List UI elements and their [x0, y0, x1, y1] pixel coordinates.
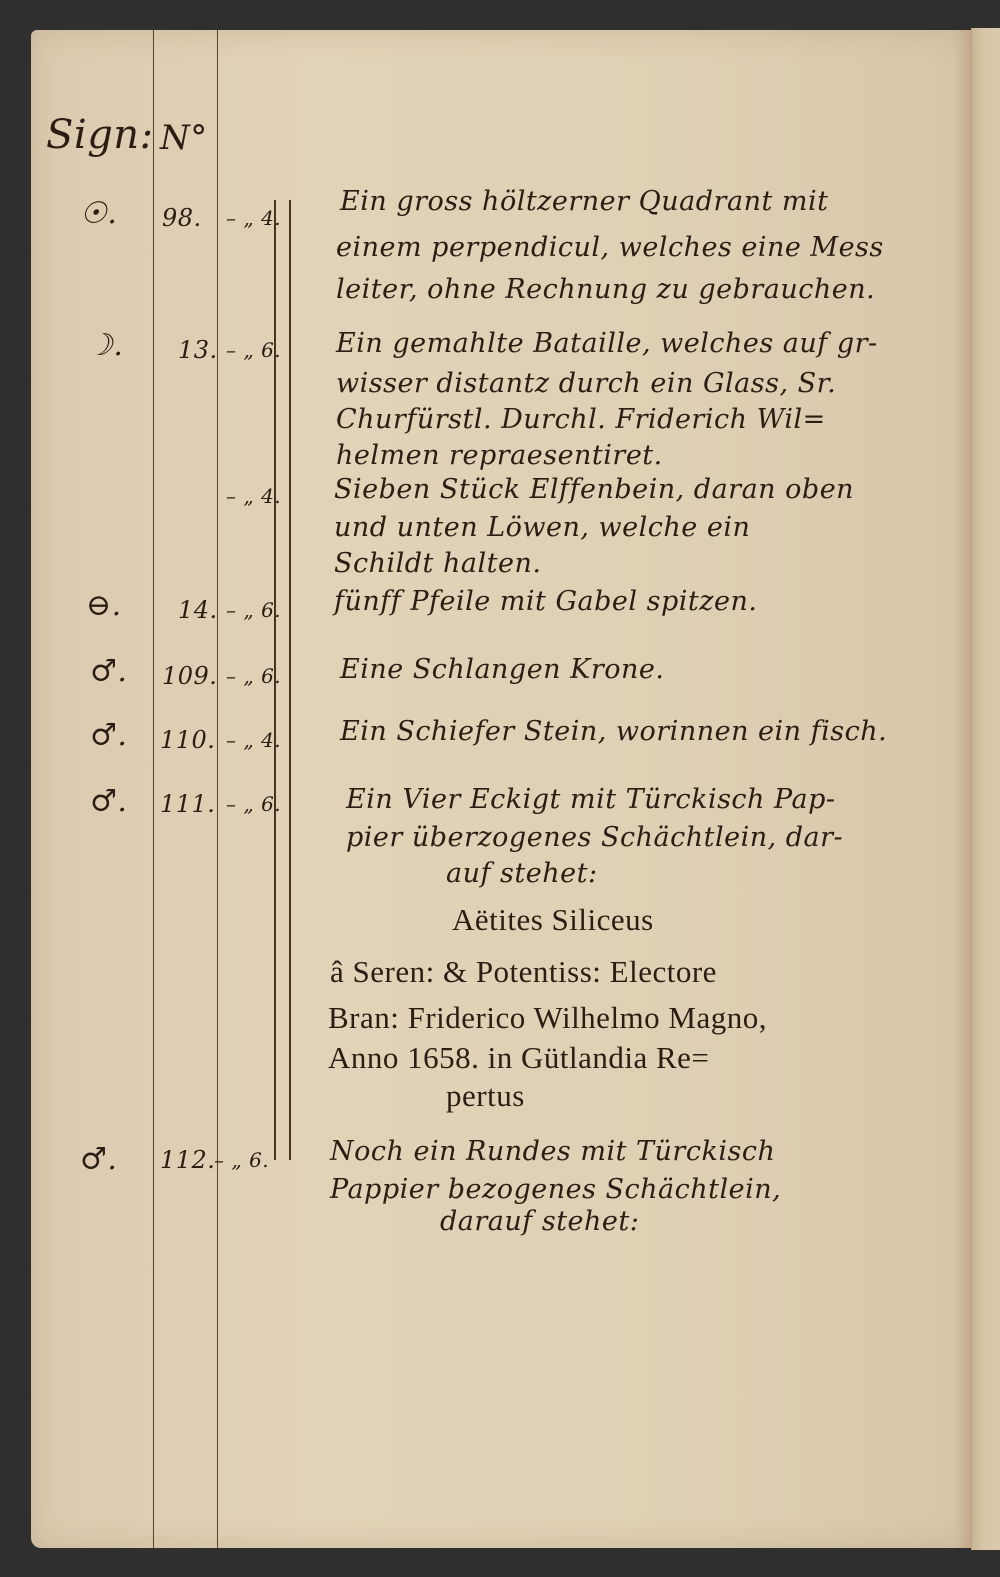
entry-price: – „ 6. [226, 338, 281, 362]
entry-text-line: Ein gemahlte Bataille, welches auf gr- [336, 328, 878, 359]
entry-text-line: Schildt halten. [334, 548, 541, 579]
entry-number: 112. [160, 1146, 215, 1174]
entry-text-line: leiter, ohne Rechnung zu gebrauchen. [336, 274, 875, 305]
next-page-edge [971, 28, 1000, 1550]
entry-text-line: wisser distantz durch ein Glass, Sr. [336, 368, 836, 399]
price-column-rule-right [289, 200, 291, 1160]
entry-text-line: helmen repraesentiret. [336, 440, 663, 471]
entry-text-line: Churfürstl. Durchl. Friderich Wil= [336, 404, 826, 435]
inscription-line: pertus [446, 1078, 525, 1114]
entry-text-line: und unten Löwen, welche ein [334, 512, 750, 543]
entry-price: – „ 4. [226, 728, 281, 752]
inscription-line: Aëtites Siliceus [452, 902, 654, 938]
entry-sign: ♂. [90, 718, 127, 753]
entry-sign: ☽. [86, 328, 123, 363]
entry-number: 109. [162, 662, 217, 690]
entry-sign: ♂. [80, 1142, 117, 1177]
page-spine-shadow [955, 30, 971, 1548]
entry-text-line: Ein Vier Eckigt mit Türckisch Pap- [346, 784, 836, 815]
entry-text-line: Pappier bezogenes Schächtlein, [330, 1174, 781, 1205]
entry-text-line: Ein gross höltzerner Quadrant mit [340, 186, 828, 217]
entry-number: 111. [160, 790, 215, 818]
entry-price: – „ 4. [226, 484, 281, 508]
header-sign: Sign: [46, 112, 154, 158]
entry-price: – „ 6. [214, 1148, 269, 1172]
entry-price: – „ 6. [226, 792, 281, 816]
inscription-line: Anno 1658. in Gütlandia Re= [328, 1040, 709, 1076]
entry-text-line: einem perpendicul, welches eine Mess [336, 232, 884, 263]
entry-sign: ☉. [80, 196, 117, 231]
entry-text-line: Noch ein Rundes mit Türckisch [330, 1136, 775, 1167]
entry-sign: ♂. [90, 784, 127, 819]
entry-price: – „ 6. [226, 598, 281, 622]
entry-number: 110. [160, 726, 215, 754]
entry-number: 14. [178, 596, 218, 624]
inscription-line: Bran: Friderico Wilhelmo Magno, [328, 1000, 767, 1036]
entry-number: 13. [178, 336, 218, 364]
entry-text-line: auf stehet: [446, 858, 598, 889]
column-rule-sign [153, 30, 154, 1548]
entry-text-line: fünff Pfeile mit Gabel spitzen. [334, 586, 757, 617]
entry-number: 98. [162, 204, 202, 232]
entry-text-line: Sieben Stück Elffenbein, daran oben [334, 474, 854, 505]
entry-text-line: pier überzogenes Schächtlein, dar- [346, 822, 843, 853]
entry-text-line: Ein Schiefer Stein, worinnen ein fisch. [340, 716, 887, 747]
column-rule-number [217, 30, 218, 1548]
entry-text-line: darauf stehet: [440, 1206, 639, 1237]
inscription-line: â Seren: & Potentiss: Electore [330, 954, 717, 990]
entry-price: – „ 4. [226, 206, 281, 230]
entry-text-line: Eine Schlangen Krone. [340, 654, 664, 685]
header-number: N° [160, 118, 208, 158]
entry-sign: ♂. [90, 654, 127, 689]
entry-price: – „ 6. [226, 664, 281, 688]
entry-sign: ⊖. [86, 588, 122, 623]
